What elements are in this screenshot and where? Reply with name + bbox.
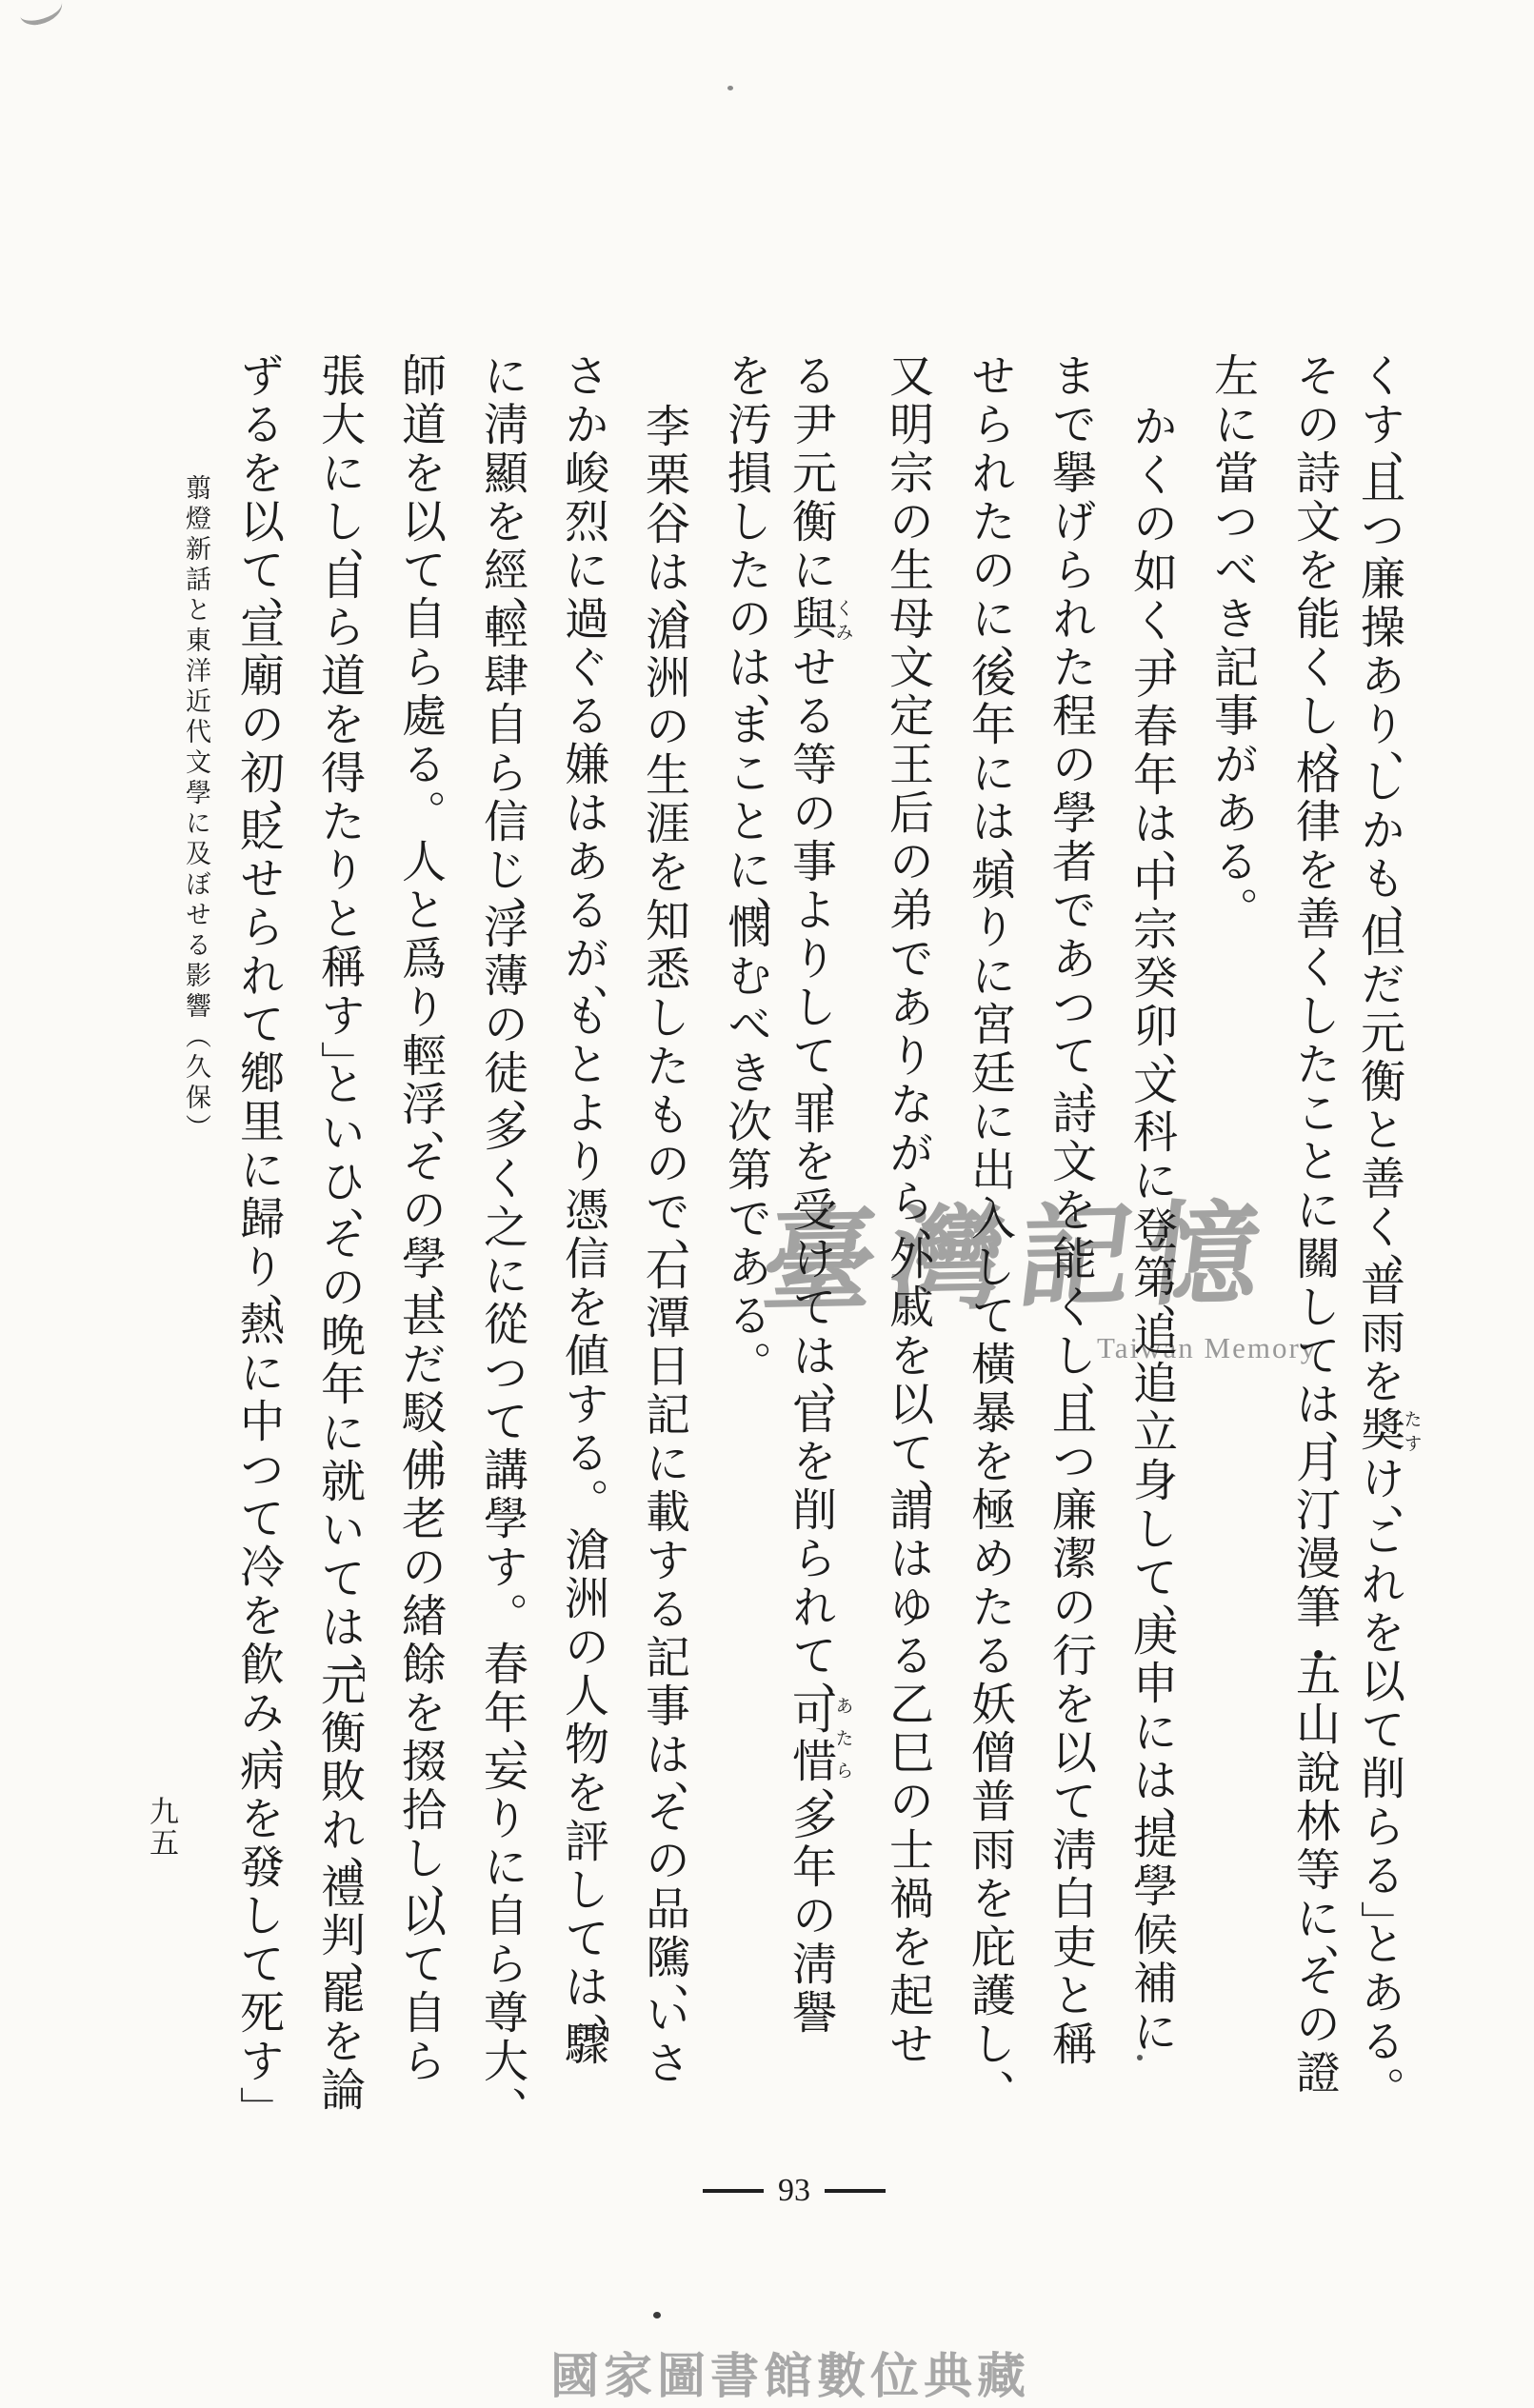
text-column-14: 張大にし、自ら道を得たりと稱す」といひ、その晚年に就いては、「元衡敗れ、禮判、罷…	[313, 352, 365, 2115]
footer-right-rule	[825, 2189, 886, 2193]
text-column-12: に淸顯を經、輕肆自ら信じ、浮薄の徒、多く之に從つて講學す。 春年、妄りに自ら尊大…	[476, 352, 528, 2095]
text-column-2: その詩文を能くし、格律を善くしたことに關しては、月汀漫筆・五山說林等に、その證	[1288, 352, 1340, 2098]
text-column-3: 左に當つべき記事がある。	[1206, 352, 1258, 895]
text-column-15: ずるを以て、宣廟の初、貶せられて鄕里に歸り、熱に中つて冷を飮み、病を發して死す」	[232, 352, 284, 2106]
scan-artifact-corner-mark	[16, 0, 65, 28]
furigana-annotated-text: 與くみ	[786, 595, 835, 644]
text-column-11: さか峻烈に過ぐる嫌はあるが、もとより憑信を値する。 滄洲の人物を評しては、「驟	[557, 352, 608, 2069]
text-column-9: を汚損したのは、まことに、憫むべき次第である。	[720, 352, 771, 1349]
margin-running-title: 翦燈新話と東洋近代文學に及ぼせる影響（久保）	[180, 474, 212, 1144]
book-page: 臺灣記憶 Taiwan Memory くす、且つ廉操あり、しかも、但だ元衡と善く…	[0, 0, 1534, 2408]
text-column-7: 又明宗の生母文定王后の弟でありながら、外戚を以て、謂はゆる乙巳の士禍を起せ	[882, 352, 933, 2069]
text-column-13: 師道を以て自ら處る。 人と爲り輕浮、その學、甚だ駁、佛老の緖餘を掇拾し、以て自ら	[394, 352, 446, 2086]
footer-left-rule	[703, 2189, 764, 2193]
library-stamp: 國家圖書館數位典藏	[550, 2337, 1030, 2407]
text-column-6: せられたのに、後年には、頻りに宮廷に出入して橫暴を極めたる妖僧普雨を庇護し、	[964, 352, 1015, 2078]
text-column-1: くす、且つ廉操あり、しかも、但だ元衡と善く、普雨を奬たすけ、これを以て削らる」と…	[1369, 352, 1421, 2075]
folio-number-kanji: 九五	[143, 1796, 179, 1859]
footer-page-number: 93	[778, 2175, 810, 2207]
text-column-5: まで擧げられた程の學者であつて、詩文を能くし、且つ廉潔の行を以て淸白吏と稱	[1045, 352, 1096, 2069]
text-column-10: 李栗谷は、滄洲の生涯を知悉したもので、石潭日記に載する記事は、その品隲、いさ	[638, 403, 689, 2088]
page-footer: 93	[703, 2175, 886, 2207]
text-column-4: かくの如く、尹春年は、中宗癸卯、文科に登第、追追立身して、庚申には、提學候補に	[1126, 403, 1177, 2057]
furigana-annotated-text: 奬たす	[1354, 1406, 1404, 1455]
furigana-annotated-text: 可惜あたら	[786, 1689, 835, 1786]
text-column-8: る尹元衡に與くみせる等の事よりして、罪を受けては、官を削られて、可惜あたら、多年…	[801, 352, 852, 2038]
scan-speck	[653, 2312, 661, 2318]
scan-speck	[727, 86, 733, 90]
scan-speck	[1137, 2055, 1143, 2060]
